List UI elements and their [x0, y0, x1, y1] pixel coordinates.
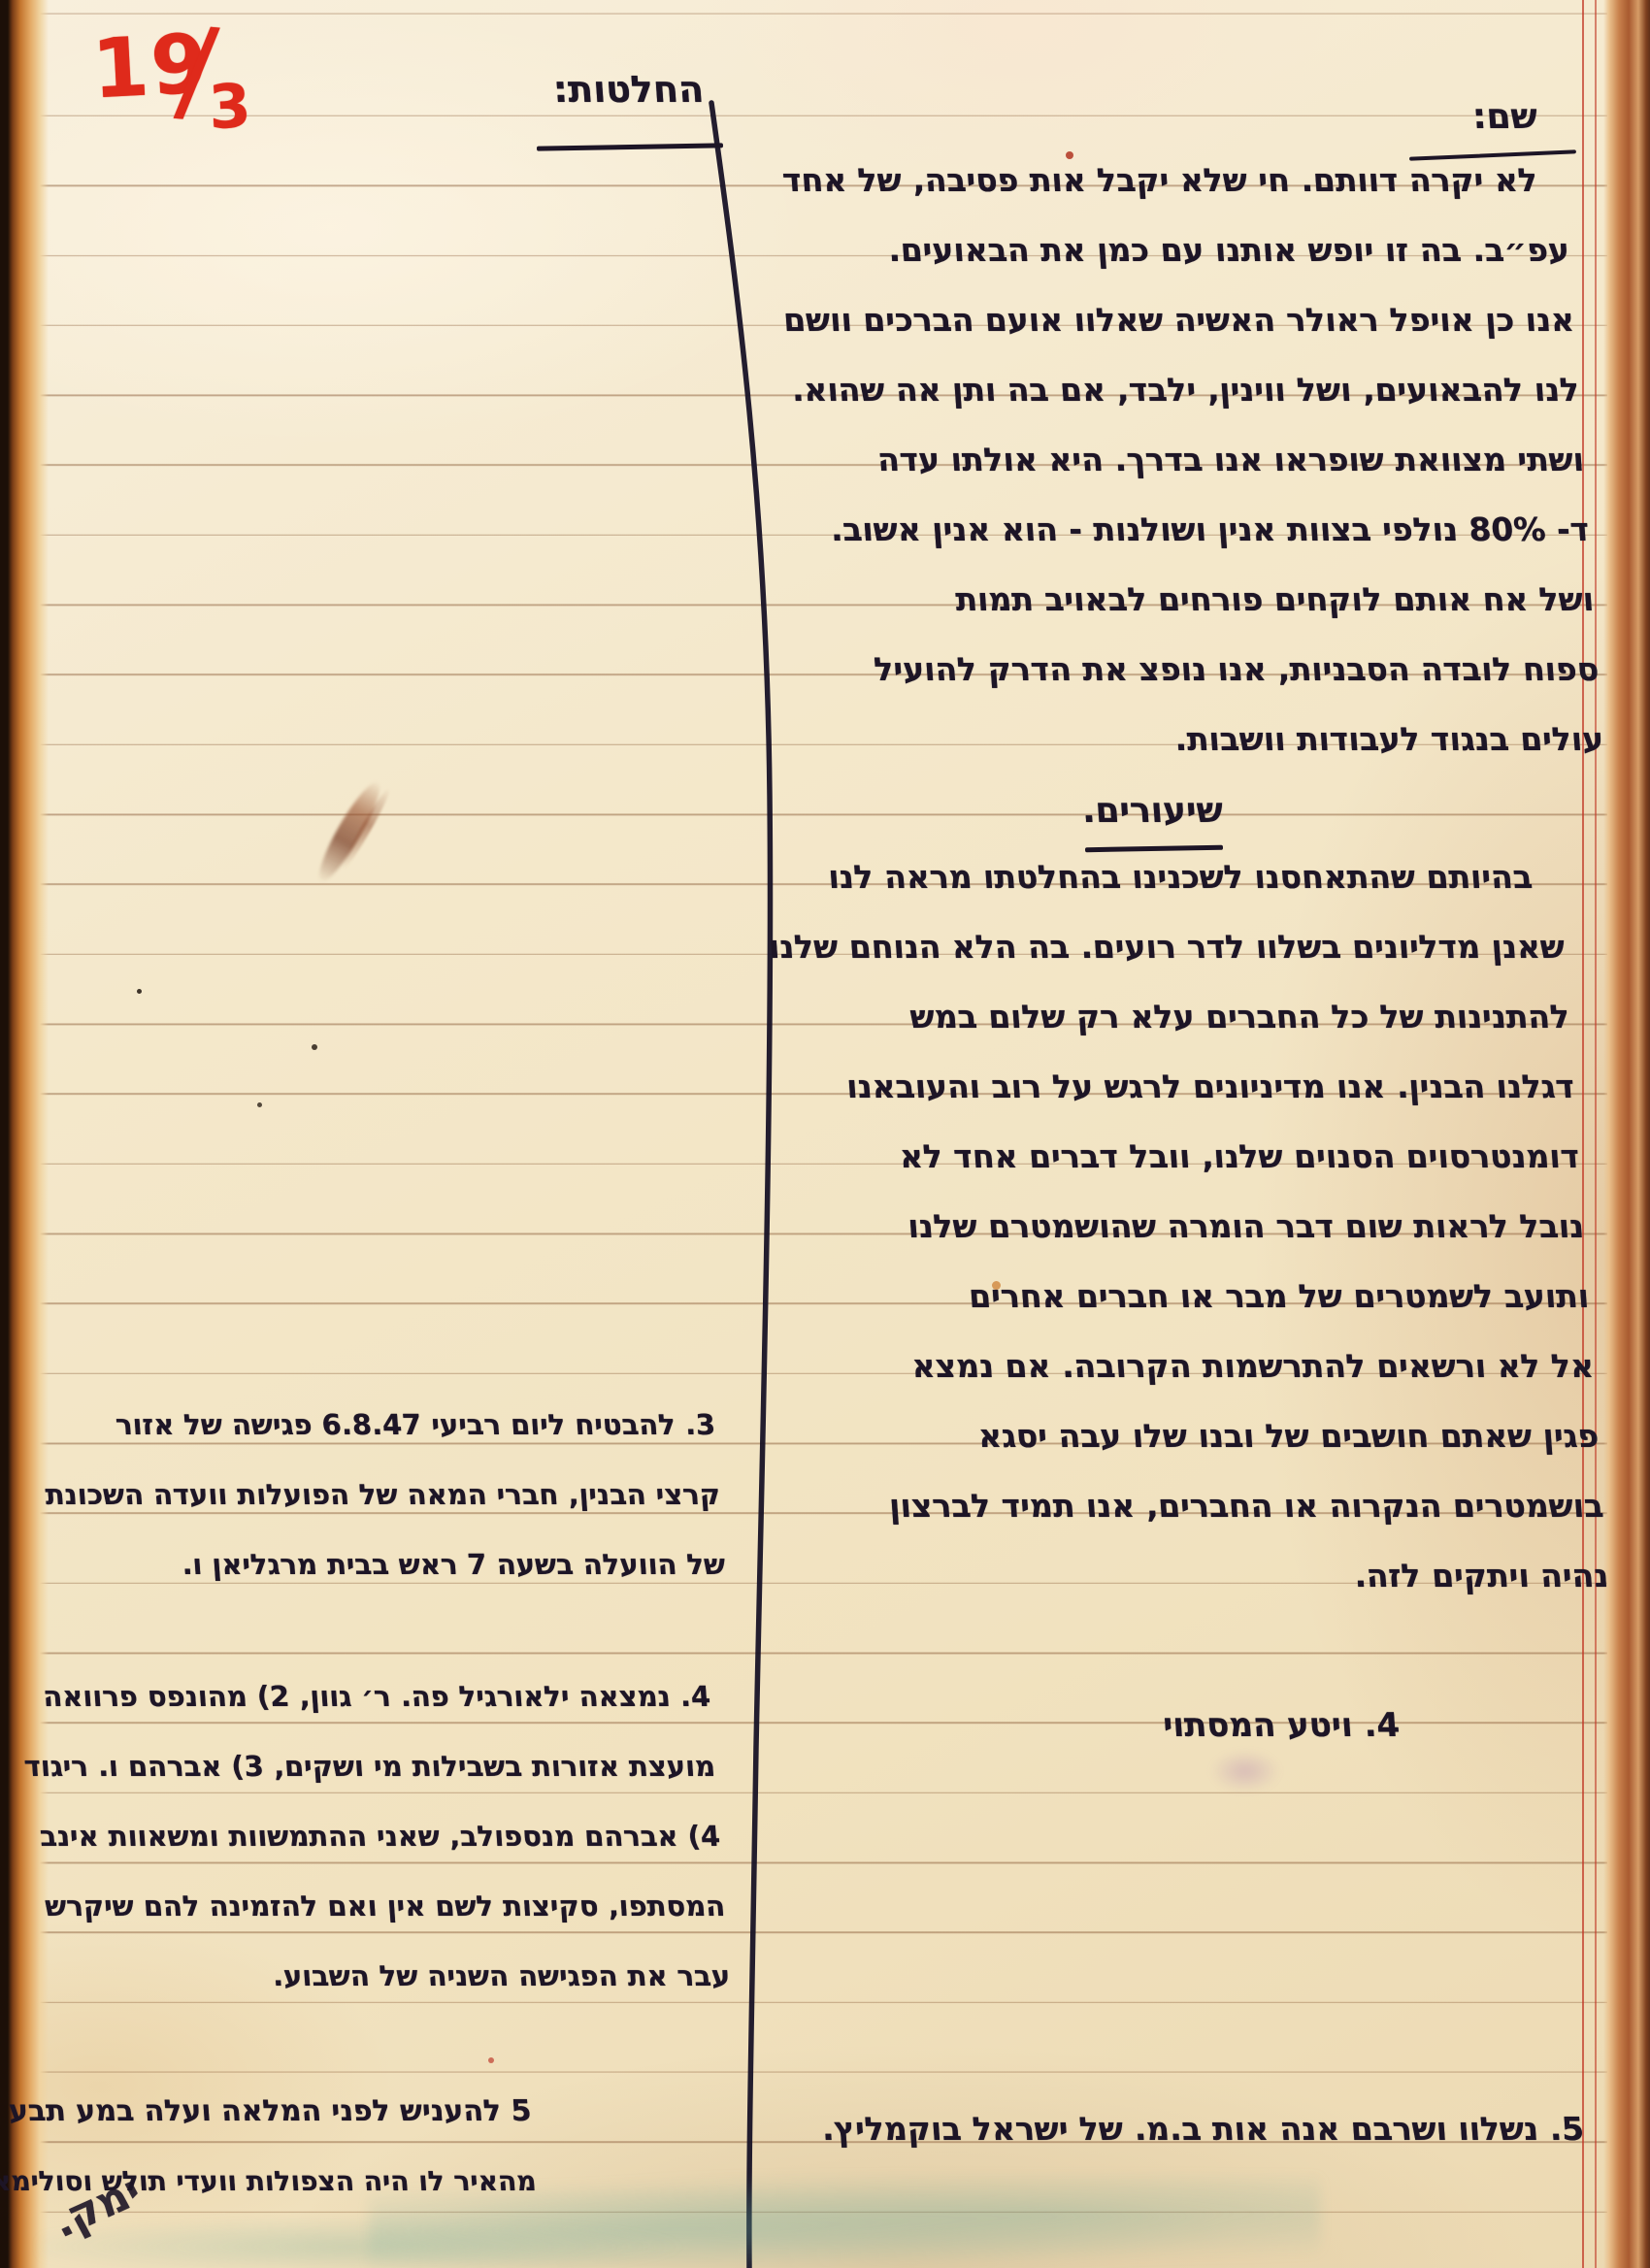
right-paragraph-a: לא יקרה דוותם. חי שלא יקבל אות פסיבה, של…	[725, 146, 1605, 774]
handwritten-line: 4. נמצאה ילאורגיל פה. ר׳ גוון, 2) מהונפס…	[15, 1661, 712, 1731]
page-number-label: 19 / 3	[89, 14, 261, 158]
name-header: שם:	[1434, 97, 1577, 137]
handwritten-line: 3. להבטיח ליום רביעי 6.8.47 פגישה של אזו…	[19, 1390, 717, 1460]
handwritten-line: ספוח לובדה הסבניות, אנו נופצ את הדרק להו…	[760, 635, 1601, 705]
ink-bleedthrough	[39, 2215, 718, 2268]
paper-speck	[257, 1102, 262, 1107]
paper-speck	[488, 2057, 494, 2063]
handwritten-line: 5. נשלוו ושרבם אנה אות ב.מ. של ישראל בוק…	[744, 2094, 1586, 2164]
section-heading-text: שיעורים.	[744, 776, 1586, 846]
handwritten-line: להתנינות של כל החברים עלא רק שלום במש	[730, 982, 1571, 1052]
handwritten-line: עבר את הפגישה השניה של השבוע.	[35, 1941, 733, 2011]
page-number-denominator: 3	[207, 70, 252, 143]
handwritten-line: עולים בנגוד לעבודות וושבות.	[765, 705, 1606, 774]
paper-speck	[312, 1044, 317, 1050]
handwritten-line: נובל לראות שום דבר הומרה שהושמטרם שלנו	[744, 1192, 1586, 1262]
handwritten-line: דומנטרסוים הסנוים שלנו, וובל דברים אחד ל…	[740, 1122, 1581, 1192]
handwritten-line: 4) אברהם מנספולב, שאני ההתמשוות ומשאוות …	[24, 1801, 722, 1871]
handwritten-line: 5 להעניש לפני המלאה ועלה במע תבע	[44, 2077, 534, 2147]
handwritten-line: אנו כן אויפל ראולר האשיה שאלוו אועם הברכ…	[735, 285, 1576, 355]
decisions-header: החלטות:	[527, 68, 729, 111]
right-item-5: 5. נשלוו ושרבם אנה אות ב.מ. של ישראל בוק…	[744, 2094, 1586, 2164]
handwritten-line: עפ״ב. בה זו יופש אותנו עם כמן את הבאועים…	[730, 215, 1571, 285]
left-item-3: 3. להבטיח ליום רביעי 6.8.47 פגישה של אזו…	[19, 1390, 727, 1599]
handwritten-line: המסתפו, סקיצות לשם אין ואם להזמינה להם ש…	[30, 1871, 728, 1941]
book-binding-right	[1603, 0, 1650, 2268]
handwritten-line: שאנן מדליונים בשלוו לדר רועים. בה הלא הנ…	[725, 912, 1567, 982]
handwritten-line: פגין שאתם חושבים של ובנו שלו עבה יסגא	[760, 1401, 1601, 1471]
section-heading: שיעורים.	[744, 776, 1586, 846]
handwritten-line: אל לא ורשאים להתרשמות הקרובה. אם נמצא	[755, 1331, 1597, 1401]
handwritten-line: לנו להבאועים, ושל ווינין, ילבד, אם בה ות…	[740, 355, 1581, 425]
left-item-4: 4. נמצאה ילאורגיל פה. ר׳ גוון, 2) מהונפס…	[15, 1661, 732, 2011]
handwritten-line: נהיה ויתקים לזה.	[770, 1541, 1611, 1611]
right-paragraph-b: בהיותם שהתאחסנו לשכנינו בהחלטתו מראה לנו…	[720, 842, 1610, 1611]
red-margin-line	[1595, 0, 1597, 2268]
handwritten-line: לא יקרה דוותם. חי שלא יקבל אות פסיבה, של…	[725, 146, 1567, 215]
handwritten-line: דגלנו הבנין. אנו מדיניונים לרגש על רוב ו…	[735, 1052, 1576, 1122]
handwritten-line: בושמטרים הנקרוה או החברים, אנו תמיד לברצ…	[765, 1471, 1606, 1541]
right-item-4: 4. ויטע המסתוי	[744, 1691, 1586, 1760]
handwritten-line: מועצת אזורות בשבילות מי ושקים, 3) אברהם …	[19, 1731, 717, 1801]
scanned-notebook-page: 19 / 3 החלטות: שם: לא יקרה דוותם. חי שלא…	[0, 0, 1650, 2268]
handwritten-line: 4. ויטע המסתוי	[744, 1691, 1586, 1760]
handwritten-line: ד- 80% נולפי בצוות אנין ושולנות - הוא אנ…	[750, 495, 1592, 565]
handwritten-line: ושתי מצוואת שופראו אנו בדרך. היא אולתו ע…	[744, 425, 1586, 495]
paper-speck	[137, 989, 142, 994]
handwritten-line: של הוועלה בשעה 7 ראש בבית מרגליאן ו.	[30, 1529, 728, 1599]
handwritten-line: בהיותם שהתאחסנו לשכנינו בהחלטתו מראה לנו	[720, 842, 1562, 912]
red-margin-line	[1582, 0, 1584, 2268]
handwritten-line: קרצי הבנין, חברי המאה של הפועלות וועדה ה…	[24, 1460, 722, 1529]
handwritten-line: ותועב לשמטרים של מבר או חברים אחרים	[750, 1262, 1592, 1331]
handwritten-line: ושל אח אותם לוקחים פורחים לבאויב תמות	[755, 565, 1597, 635]
